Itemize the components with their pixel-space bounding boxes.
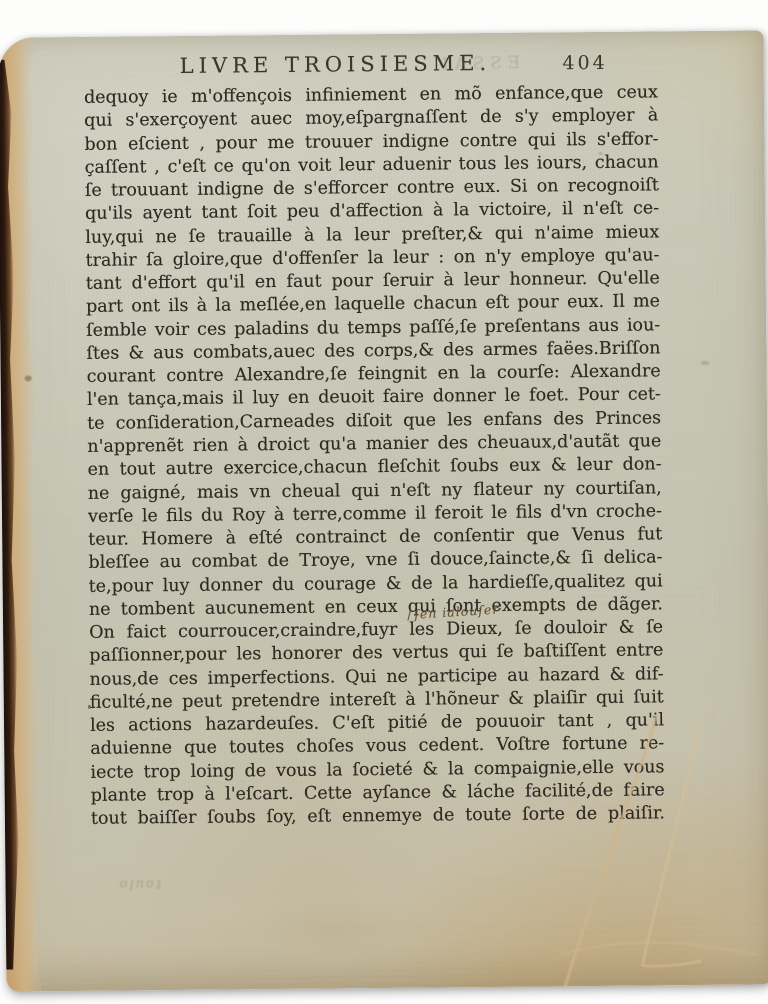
paper-sheet: LIVRE TROISIESME. ESSAI 404 dequoy ie m'… — [0, 30, 768, 991]
body-text: dequoy ie m'offençois infiniement en mõ … — [84, 81, 665, 831]
bleedthrough-scribble: toulo — [117, 876, 161, 891]
text-block: LIVRE TROISIESME. ESSAI 404 dequoy ie m'… — [84, 47, 665, 831]
scanned-book-page: LIVRE TROISIESME. ESSAI 404 dequoy ie m'… — [0, 0, 768, 1004]
scan-background-margin — [0, 0, 768, 34]
insertion-caret: ∕ — [407, 607, 413, 622]
showthrough-title: ESSAI — [435, 53, 520, 75]
page-number: 404 — [562, 52, 607, 74]
page-header: LIVRE TROISIESME. ESSAI 404 — [84, 47, 658, 87]
